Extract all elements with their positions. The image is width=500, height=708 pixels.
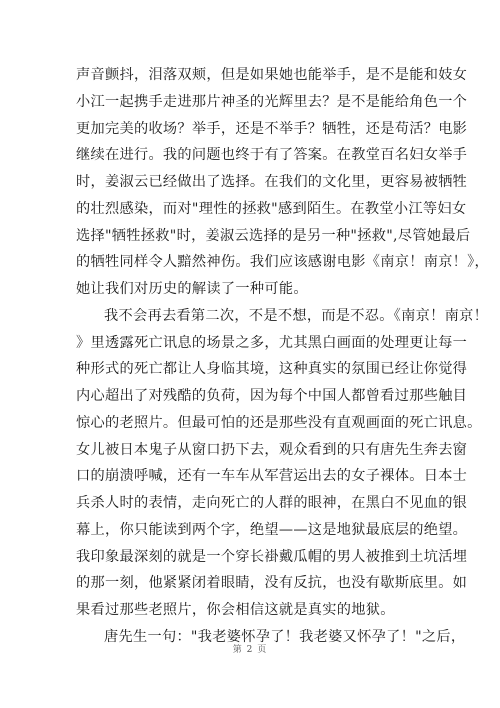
text-line: 的牺牲同样令人黯然神伤。我们应该感谢电影《南京！南京！》， <box>76 249 418 276</box>
document-page: 声音颤抖，泪落双颊，但是如果她也能举手，是不是能和妓女 小江一起携手走进那片神圣… <box>0 0 500 708</box>
text-line: 我印象最深刻的就是一个穿长褂戴瓜帽的男人被推到土坑活埋 <box>76 544 418 571</box>
text-line: 我不会再去看第二次，不是不想，而是不忍。《南京！南京！ <box>76 303 418 330</box>
text-line: 继续在进行。我的问题也终于有了答案。在教堂百名妇女举手 <box>76 142 418 169</box>
text-line: 惊心的老照片。但最可怕的还是那些没有直观画面的死亡讯息。 <box>76 410 418 437</box>
page-number: 第 2 页 <box>0 642 500 655</box>
text-line: 》里透露死亡讯息的场景之多，尤其黑白画面的处理更让每一 <box>76 330 418 357</box>
text-line: 种形式的死亡都让人身临其境，这种真实的氛围已经让你觉得 <box>76 356 418 383</box>
text-line: 选择"牺牲拯救"时，姜淑云选择的是另一种"拯救",尽管她最后 <box>76 223 418 250</box>
text-line: 兵杀人时的表情，走向死亡的人群的眼神，在黑白不见血的银 <box>76 490 418 517</box>
text-line: 的那一刻，他紧紧闭着眼睛，没有反抗，也没有歇斯底里。如 <box>76 570 418 597</box>
text-line: 时，姜淑云已经做出了选择。在我们的文化里，更容易被牺牲 <box>76 169 418 196</box>
text-line: 她让我们对历史的解读了一种可能。 <box>76 276 418 303</box>
paragraph-1: 声音颤抖，泪落双颊，但是如果她也能举手，是不是能和妓女 小江一起携手走进那片神圣… <box>76 62 418 303</box>
text-line: 的壮烈感染，而对"理性的拯救"感到陌生。在教堂小江等妇女 <box>76 196 418 223</box>
text-line: 幕上，你只能读到两个字，绝望——这是地狱最底层的绝望。 <box>76 517 418 544</box>
text-line: 声音颤抖，泪落双颊，但是如果她也能举手，是不是能和妓女 <box>76 62 418 89</box>
paragraph-2: 我不会再去看第二次，不是不想，而是不忍。《南京！南京！ 》里透露死亡讯息的场景之… <box>76 303 418 624</box>
text-line: 小江一起携手走进那片神圣的光辉里去？是不是能给角色一个 <box>76 89 418 116</box>
text-line: 更加完美的收场？举手，还是不举手？牺牲，还是苟活？电影 <box>76 116 418 143</box>
text-line: 口的崩溃呼喊，还有一车车从军营运出去的女子裸体。日本士 <box>76 463 418 490</box>
text-line: 女儿被日本鬼子从窗口扔下去，观众看到的只有唐先生奔去窗 <box>76 437 418 464</box>
text-line: 果看过那些老照片，你会相信这就是真实的地狱。 <box>76 597 418 624</box>
text-line: 内心超出了对残酷的负荷，因为每个中国人都曾看过那些触目 <box>76 383 418 410</box>
document-body: 声音颤抖，泪落双颊，但是如果她也能举手，是不是能和妓女 小江一起携手走进那片神圣… <box>76 62 418 651</box>
